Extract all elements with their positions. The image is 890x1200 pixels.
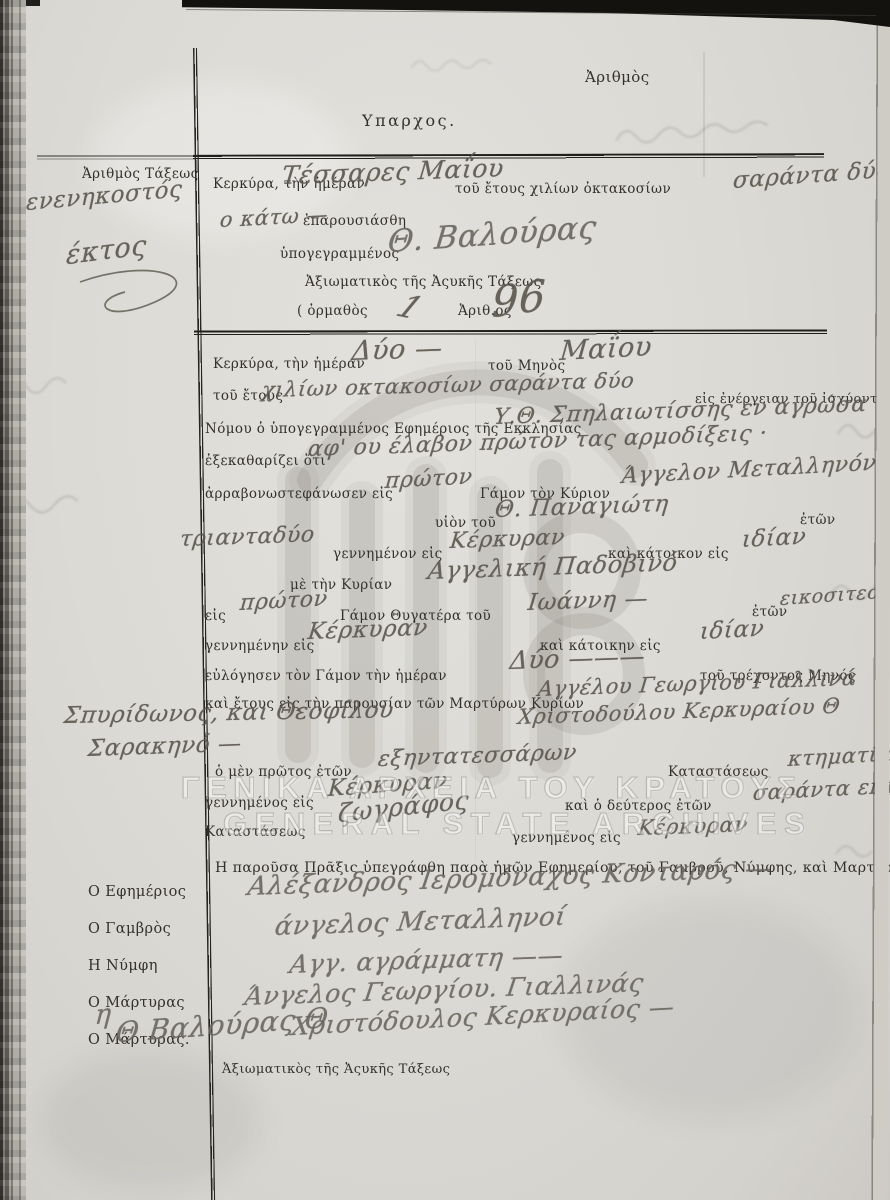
born-at-label: γεννημένον εἰς [333, 546, 443, 562]
act-month-handwriting: Μαΐου [559, 331, 654, 367]
officer-title-label: Ἀξιωματικὸς τῆς Ἀςυκῆς Τάξεως [222, 1062, 450, 1077]
bundle-label: ( ὁρμαθὸς [297, 303, 368, 319]
act-number-handwriting: 96 [491, 270, 547, 327]
watermark-text-english: GENERAL STATE ARCHIVES [223, 806, 812, 842]
marriage-order-handwriting: πρώτον [384, 464, 474, 494]
watermark-text-greek: ΓΕΝΙΚΑ ΑΡΧΕΙΑ ΤΟΥ ΚΡΑΤΟΥΣ [181, 770, 802, 806]
scanned-register-page: ΓΕΝΙΚΑ ΑΡΧΕΙΑ ΤΟΥ ΚΡΑΤΟΥΣ GENERAL STATE … [0, 0, 890, 1200]
undersigned-label: ὑπογεγραμμένος [280, 246, 399, 262]
margin-mark-handwriting: η [94, 998, 113, 1031]
groom-residence-handwriting: ιδίαν [741, 524, 808, 554]
born-at-label: γεννημένην εἰς [205, 638, 315, 654]
number-label: Ἀριθμὸς [585, 68, 650, 86]
into-label: εἰς [205, 608, 226, 624]
bride-signature-label: Η Νύμφη [88, 958, 158, 974]
groom-age-handwriting: τριανταδύο [179, 522, 316, 552]
wedding-day-handwriting: Δύο ——— [508, 641, 646, 675]
act-place-date-label: Κερκύρα, τὴν ἡμέραν [213, 356, 365, 372]
betrothed-label: ἀρραβονωστεφάνωσεν εἰς [205, 486, 393, 502]
book-binding-edge [0, 0, 26, 1200]
bleedthrough-mark [408, 52, 508, 78]
groom-birthplace-handwriting: Κέρκυραν [449, 525, 567, 554]
priest-signature-label: Ο Εφημέριος [88, 884, 186, 900]
blessed-marriage-label: εὐλόγησεν τὸν Γάμον τὴν ἡμέραν [205, 668, 447, 684]
bride-father-handwriting: Ιωάννη — [527, 586, 650, 616]
witness-extra-handwriting: Σαρακηνό — [87, 731, 244, 762]
page-title: Υπαρχος. [362, 111, 457, 130]
bride-marriage-order-handwriting: πρώτον [239, 586, 329, 616]
header-rule-left [37, 155, 195, 160]
bride-birthplace-handwriting: Κέρκυραν [307, 615, 430, 645]
act-day-handwriting: Δύο — [350, 333, 444, 367]
bride-residence-handwriting: ιδίαν [699, 616, 766, 646]
intro-year-label: τοῦ ἔτους χιλίων ὀκτακοσίων [455, 181, 671, 197]
signature-flourish [70, 262, 220, 332]
groom-signature-label: Ο Γαμβρὸς [88, 921, 171, 937]
